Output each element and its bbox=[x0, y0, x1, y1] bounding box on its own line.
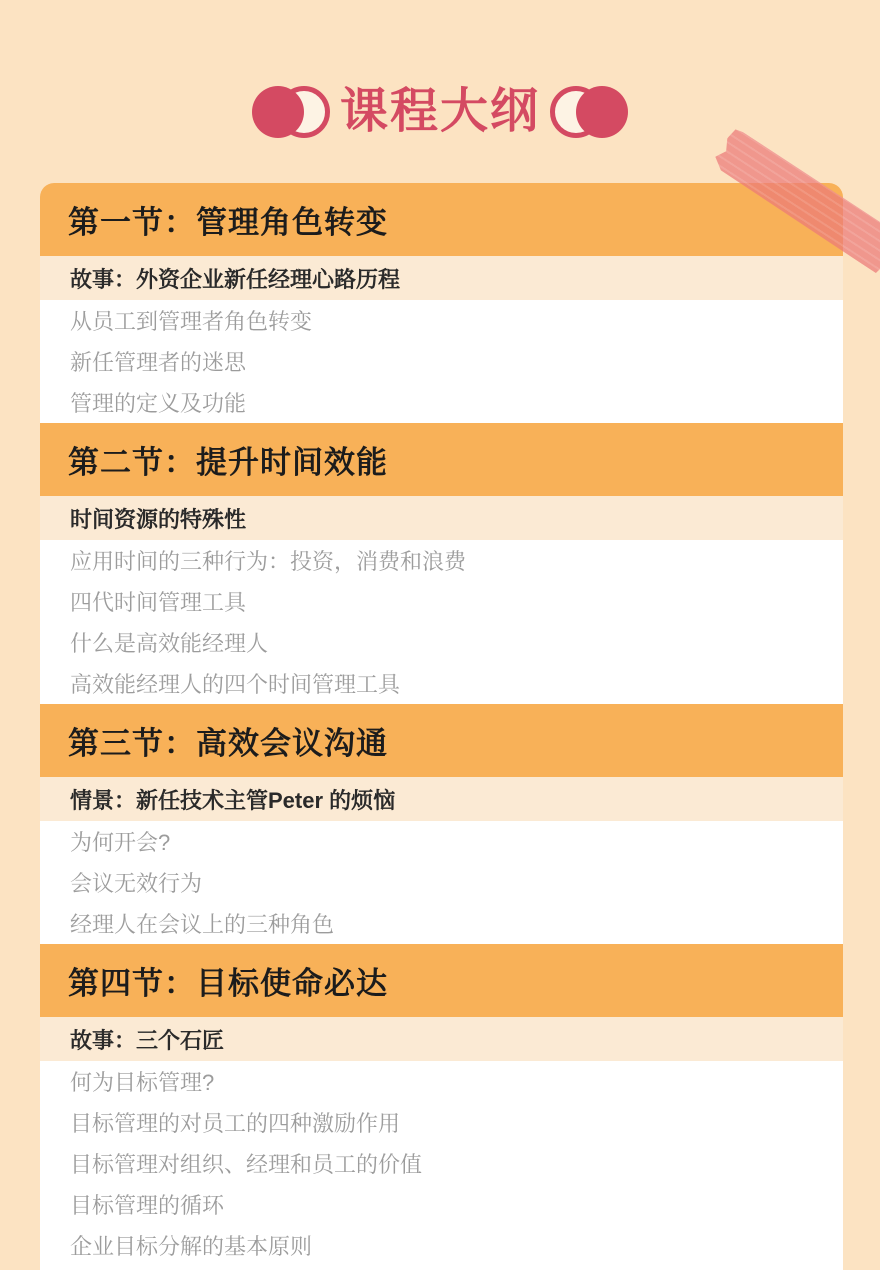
section-item: 新任管理者的迷思 bbox=[40, 341, 843, 382]
course-section-1: 第一节：管理角色转变故事：外资企业新任经理心路历程从员工到管理者角色转变新任管理… bbox=[40, 183, 843, 423]
section-item-list: 从员工到管理者角色转变新任管理者的迷思管理的定义及功能 bbox=[40, 300, 843, 423]
section-item: 高效能经理人的四个时间管理工具 bbox=[40, 663, 843, 704]
section-item: 应用时间的三种行为：投资，消费和浪费 bbox=[40, 540, 843, 581]
section-item: 会议无效行为 bbox=[40, 862, 843, 903]
course-section-2: 第二节：提升时间效能时间资源的特殊性应用时间的三种行为：投资，消费和浪费四代时间… bbox=[40, 423, 843, 704]
section-item: 为何开会? bbox=[40, 821, 843, 862]
section-heading: 第一节：管理角色转变 bbox=[40, 183, 843, 256]
page-title-row: 课程大纲 bbox=[0, 82, 880, 142]
section-lead: 情景：新任技术主管Peter 的烦恼 bbox=[40, 777, 843, 821]
course-section-4: 第四节：目标使命必达故事：三个石匠何为目标管理?目标管理的对员工的四种激励作用目… bbox=[40, 944, 843, 1266]
section-item: 从员工到管理者角色转变 bbox=[40, 300, 843, 341]
filled-circle-icon bbox=[252, 86, 304, 138]
section-item-list: 为何开会?会议无效行为经理人在会议上的三种角色 bbox=[40, 821, 843, 944]
section-heading: 第三节：高效会议沟通 bbox=[40, 704, 843, 777]
filled-circle-icon bbox=[576, 86, 628, 138]
section-item: 四代时间管理工具 bbox=[40, 581, 843, 622]
section-item: 什么是高效能经理人 bbox=[40, 622, 843, 663]
section-item-list: 何为目标管理?目标管理的对员工的四种激励作用目标管理对组织、经理和员工的价值目标… bbox=[40, 1061, 843, 1266]
section-item: 何为目标管理? bbox=[40, 1061, 843, 1102]
section-lead: 时间资源的特殊性 bbox=[40, 496, 843, 540]
section-item: 目标管理的对员工的四种激励作用 bbox=[40, 1102, 843, 1143]
section-item: 管理的定义及功能 bbox=[40, 382, 843, 423]
section-lead: 故事：外资企业新任经理心路历程 bbox=[40, 256, 843, 300]
outline-card: 第一节：管理角色转变故事：外资企业新任经理心路历程从员工到管理者角色转变新任管理… bbox=[40, 183, 843, 1270]
course-section-3: 第三节：高效会议沟通情景：新任技术主管Peter 的烦恼为何开会?会议无效行为经… bbox=[40, 704, 843, 944]
page-title: 课程大纲 bbox=[340, 88, 540, 136]
section-item: 目标管理的循环 bbox=[40, 1184, 843, 1225]
section-lead: 故事：三个石匠 bbox=[40, 1017, 843, 1061]
section-item: 目标管理对组织、经理和员工的价值 bbox=[40, 1143, 843, 1184]
section-item-list: 应用时间的三种行为：投资，消费和浪费四代时间管理工具什么是高效能经理人高效能经理… bbox=[40, 540, 843, 704]
course-outline-page: 课程大纲 第一节：管理角色转变故事：外资企业新任经理心路历程从员工到管理者角色转… bbox=[0, 0, 880, 1270]
section-heading: 第四节：目标使命必达 bbox=[40, 944, 843, 1017]
title-left-circles-icon bbox=[252, 86, 330, 138]
section-item: 企业目标分解的基本原则 bbox=[40, 1225, 843, 1266]
title-right-circles-icon bbox=[550, 86, 628, 138]
section-heading: 第二节：提升时间效能 bbox=[40, 423, 843, 496]
section-item: 经理人在会议上的三种角色 bbox=[40, 903, 843, 944]
